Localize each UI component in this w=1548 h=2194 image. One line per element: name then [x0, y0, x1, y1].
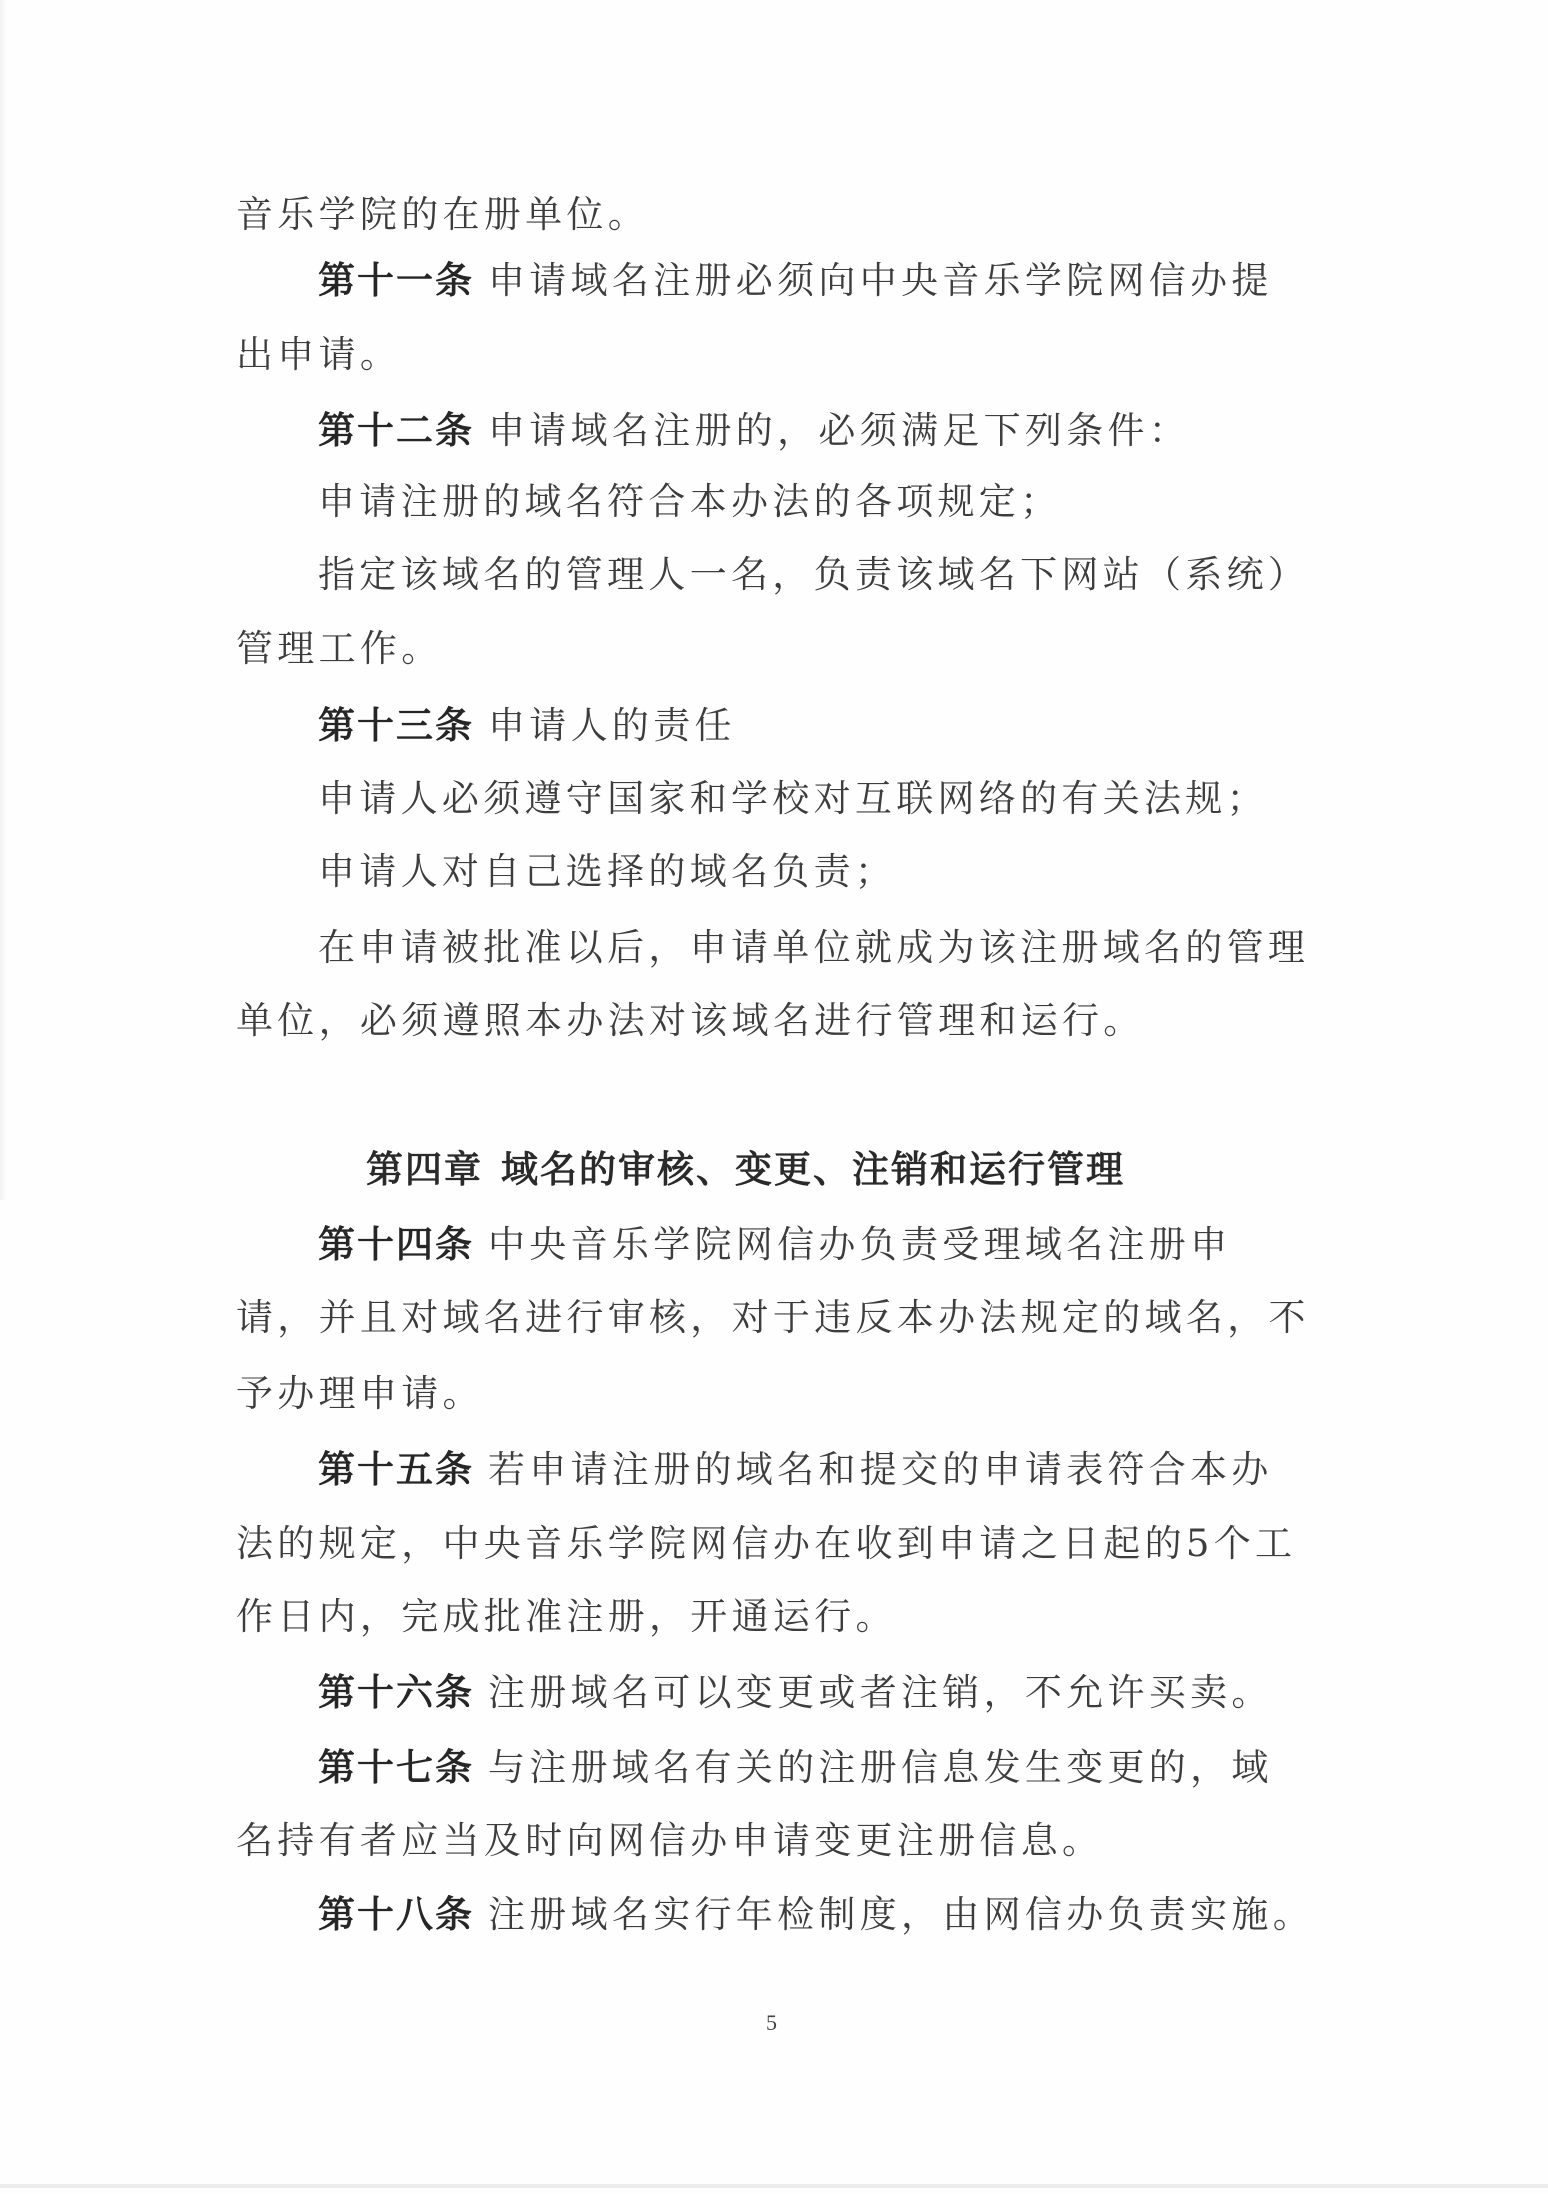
paragraph-line: 申请注册的域名符合本办法的各项规定； [318, 480, 1061, 524]
paragraph-line: 管理工作。 [236, 627, 443, 671]
line-text: 注册域名实行年检制度，由网信办负责实施。 [488, 1893, 1314, 1936]
paragraph-line: 予办理申请。 [236, 1372, 484, 1416]
line-text: 申请域名注册必须向中央音乐学院网信办提 [488, 259, 1273, 302]
line-text: 申请域名注册的，必须满足下列条件： [488, 409, 1190, 452]
paragraph-line: 请，并且对域名进行审核，对于违反本办法规定的域名，不 [236, 1296, 1310, 1340]
chapter-title: 域名的审核、变更、注销和运行管理 [501, 1147, 1125, 1191]
article-number: 第十五条 [318, 1447, 474, 1491]
chapter-number: 第四章 [366, 1147, 483, 1191]
paragraph-line: 音乐学院的在册单位。 [236, 193, 649, 237]
article-paragraph-line: 第十七条与注册域名有关的注册信息发生变更的，域 [318, 1745, 1273, 1789]
line-text: 名持有者应当及时向网信办申请变更注册信息。 [236, 1819, 1103, 1862]
paragraph-line: 指定该域名的管理人一名，负责该域名下网站（系统） [318, 553, 1309, 597]
page-bottom-edge [0, 2184, 1548, 2188]
line-text: 注册域名可以变更或者注销，不允许买卖。 [488, 1671, 1273, 1714]
line-text: 申请人对自己选择的域名负责； [318, 850, 896, 893]
line-text: 音乐学院的在册单位。 [236, 193, 649, 236]
line-text: 出申请。 [236, 333, 401, 376]
article-paragraph-line: 第十一条申请域名注册必须向中央音乐学院网信办提 [318, 258, 1273, 302]
line-text: 若申请注册的域名和提交的申请表符合本办 [488, 1448, 1273, 1491]
article-paragraph-line: 第十二条申请域名注册的，必须满足下列条件： [318, 408, 1190, 452]
article-number: 第十四条 [318, 1222, 474, 1266]
article-paragraph-line: 第十四条中央音乐学院网信办负责受理域名注册申 [318, 1222, 1231, 1266]
line-text: 作日内，完成批准注册，开通运行。 [236, 1595, 897, 1638]
paragraph-line: 名持有者应当及时向网信办申请变更注册信息。 [236, 1819, 1103, 1863]
line-text: 中央音乐学院网信办负责受理域名注册申 [488, 1223, 1231, 1266]
article-paragraph-line: 第十五条若申请注册的域名和提交的申请表符合本办 [318, 1447, 1273, 1491]
line-text: 申请人必须遵守国家和学校对互联网络的有关法规； [318, 777, 1268, 820]
line-text: 与注册域名有关的注册信息发生变更的，域 [488, 1746, 1273, 1789]
article-number: 第十一条 [318, 258, 474, 302]
line-text: 指定该域名的管理人一名，负责该域名下网站（系统） [318, 553, 1309, 596]
paragraph-line: 出申请。 [236, 333, 401, 377]
article-number: 第十三条 [318, 703, 474, 747]
paragraph-line: 作日内，完成批准注册，开通运行。 [236, 1595, 897, 1639]
paragraph-line: 单位，必须遵照本办法对该域名进行管理和运行。 [236, 999, 1145, 1043]
paragraph-line: 法的规定，中央音乐学院网信办在收到申请之日起的5个工 [236, 1522, 1296, 1566]
line-text: 在申请被批准以后，申请单位就成为该注册域名的管理 [318, 926, 1309, 969]
article-paragraph-line: 第十六条注册域名可以变更或者注销，不允许买卖。 [318, 1670, 1273, 1714]
line-text: 予办理申请。 [236, 1372, 484, 1415]
article-paragraph-line: 第十八条注册域名实行年检制度，由网信办负责实施。 [318, 1892, 1314, 1936]
line-text: 管理工作。 [236, 627, 443, 670]
page-number: 5 [766, 2010, 777, 2036]
scan-edge-artifact [0, 0, 6, 1200]
article-number: 第十七条 [318, 1745, 474, 1789]
article-number: 第十八条 [318, 1892, 474, 1936]
paragraph-line: 申请人必须遵守国家和学校对互联网络的有关法规； [318, 777, 1268, 821]
line-text: 请，并且对域名进行审核，对于违反本办法规定的域名，不 [236, 1296, 1310, 1339]
article-number: 第十二条 [318, 408, 474, 452]
line-text: 申请人的责任 [488, 704, 736, 747]
document-page: 音乐学院的在册单位。第十一条申请域名注册必须向中央音乐学院网信办提出申请。第十二… [0, 0, 1548, 2194]
article-paragraph-line: 第十三条申请人的责任 [318, 703, 736, 747]
line-text: 单位，必须遵照本办法对该域名进行管理和运行。 [236, 999, 1145, 1042]
chapter-heading: 第四章域名的审核、变更、注销和运行管理 [366, 1147, 1125, 1191]
paragraph-line: 申请人对自己选择的域名负责； [318, 850, 896, 894]
line-text: 法的规定，中央音乐学院网信办在收到申请之日起的5个工 [236, 1522, 1296, 1565]
paragraph-line: 在申请被批准以后，申请单位就成为该注册域名的管理 [318, 926, 1309, 970]
line-text: 申请注册的域名符合本办法的各项规定； [318, 480, 1061, 523]
article-number: 第十六条 [318, 1670, 474, 1714]
